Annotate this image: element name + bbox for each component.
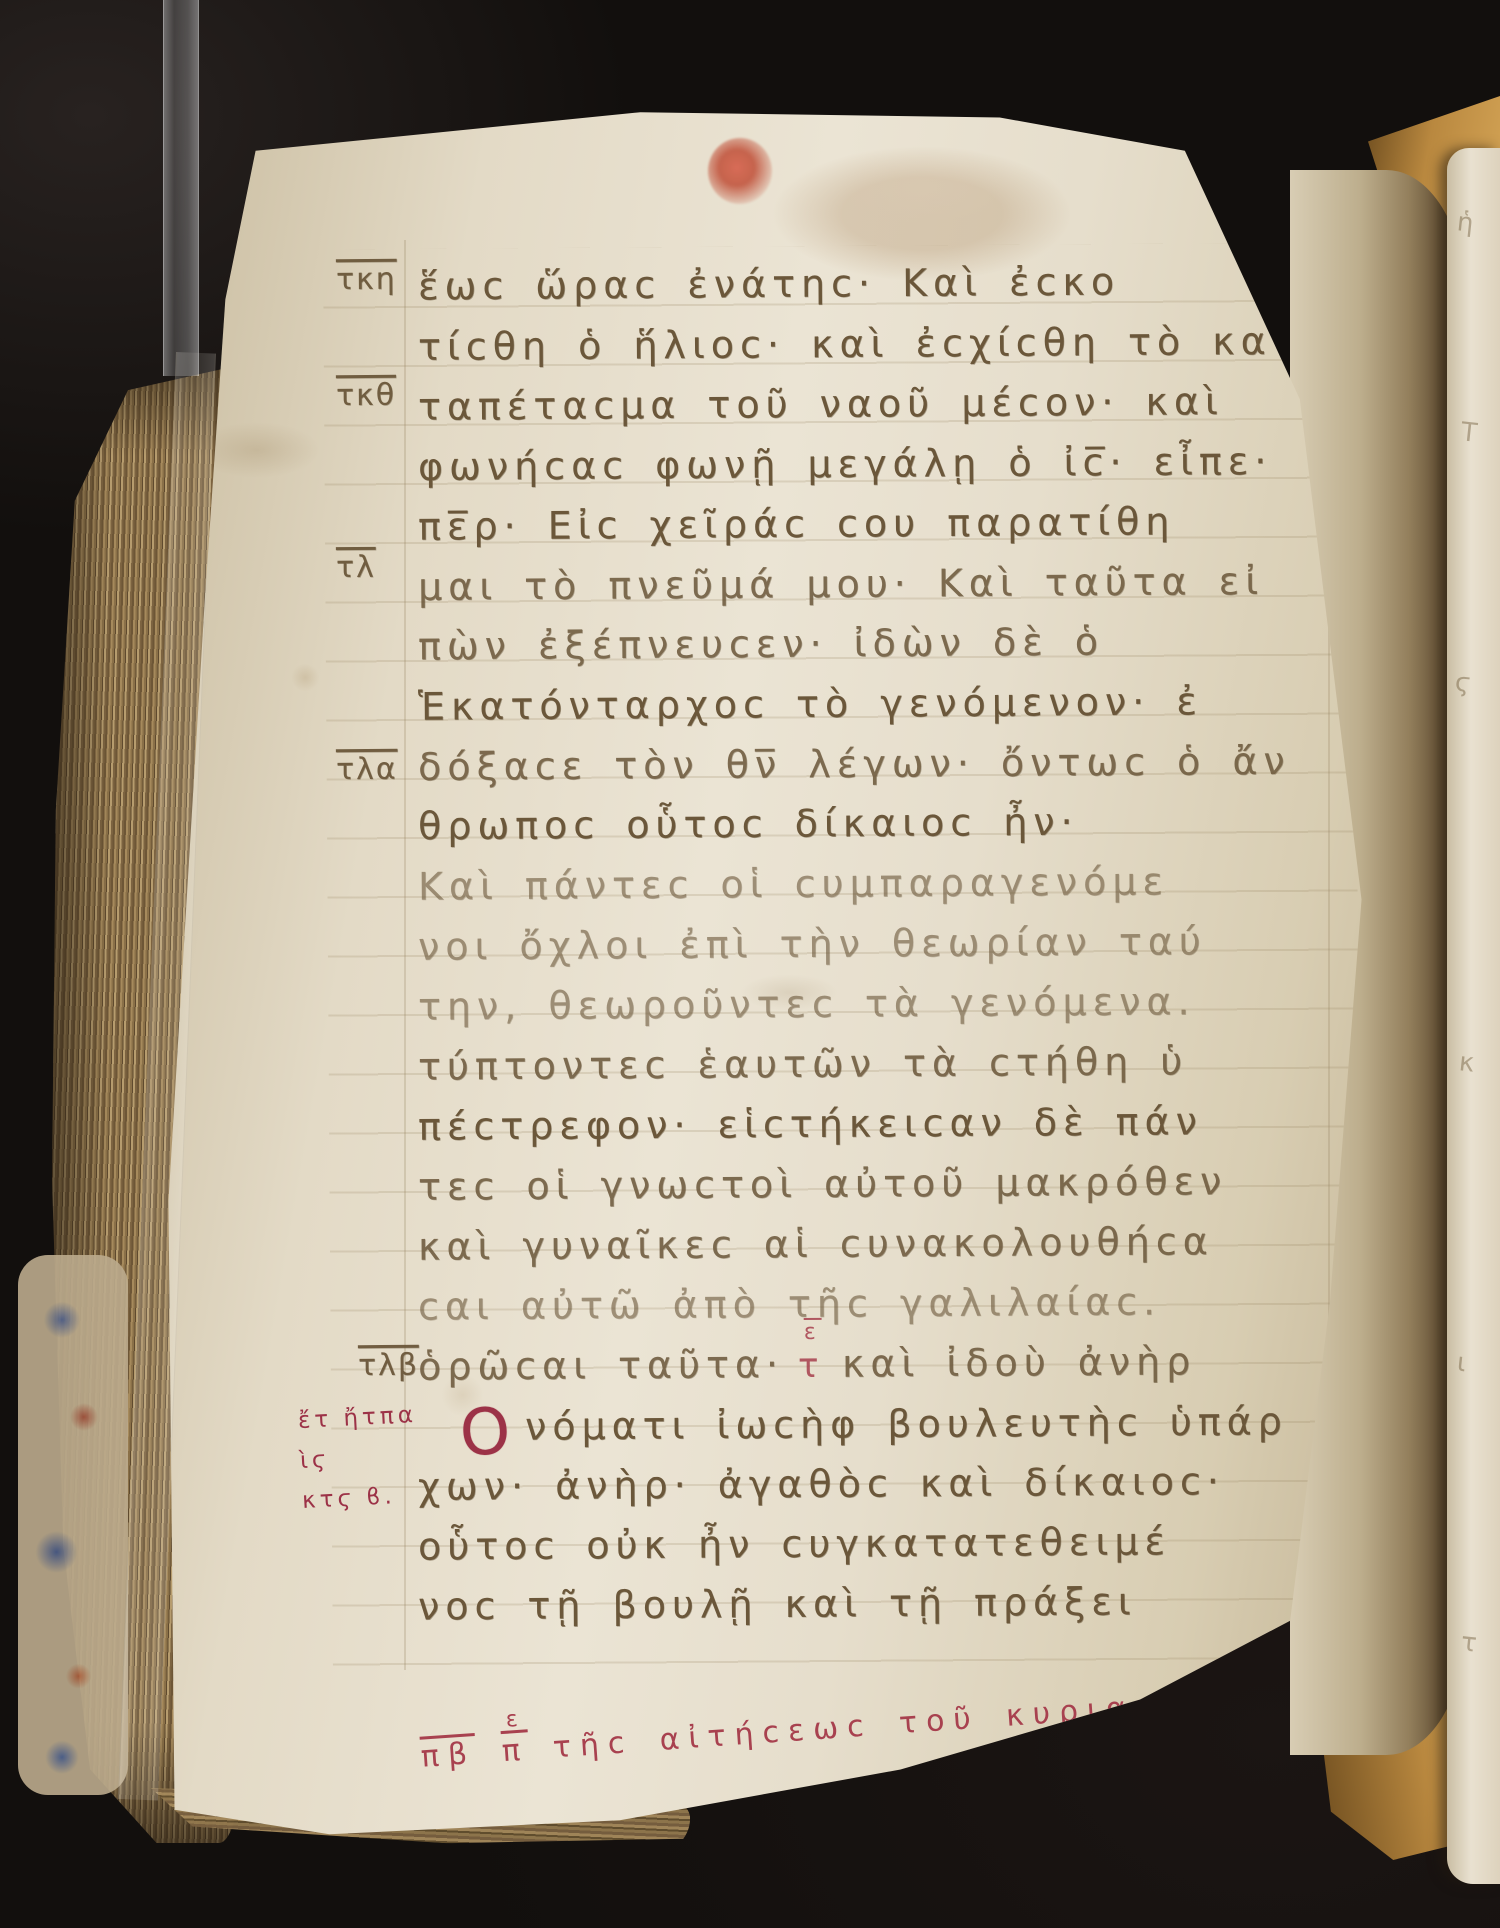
text-line: θρωποϲ οὗτοϲ δίκαιοϲ ἦν·: [418, 800, 1079, 849]
rubric-chapter-number: πβ: [420, 1736, 478, 1775]
text-line: τεϲ οἱ γνωϲτοὶ αὐτοῦ μακρόθεν: [418, 1159, 1228, 1209]
chapter-rubric-line2: ϲώματοϲ:: [847, 1777, 1056, 1826]
facing-page-ghost-mark: κ: [1457, 1047, 1475, 1078]
text-line: ταπέταϲμα τοῦ ναοῦ μέϲον· καὶ: [418, 379, 1224, 429]
text-line: πὼν ἐξέπνευϲεν· ἰδὼν δὲ ὁ: [418, 620, 1104, 669]
text-line: τύπτοντεϲ ἑαυτῶν τὰ ϲτήθη ὑ: [418, 1039, 1189, 1088]
facing-page-ghost-mark: τ: [1459, 1627, 1478, 1658]
lection-note: ἔτ ἤτπα ὶϛ κτϛ ϐ.: [297, 1395, 422, 1521]
parchment-page: τκη τκθ τλ τλα τλβ ἔτ ἤτπα ὶϛ κτϛ ϐ. Ο ἕ…: [160, 100, 1370, 1850]
section-number: τκη: [336, 262, 397, 297]
text-line: ϲαι αὐτῶ ἀπὸ τῆϲ γαλιλαίαϲ.: [418, 1279, 1161, 1328]
text-line: οὗτοϲ οὐκ ἦν ϲυγκατατεθειμέ: [418, 1519, 1171, 1568]
section-number: τλ: [336, 550, 376, 585]
text-line: Ἑκατόνταρχοϲ τὸ γενόμενον· ἐ: [418, 679, 1203, 728]
rubric-abbreviation-epsilon: ε: [505, 1706, 528, 1732]
lection-note-row: ἔτ ἤτπα: [297, 1395, 418, 1441]
rubric-title: τῆϲ αἰτήϲεωϲ τοῦ κυριακοῦ: [552, 1684, 1217, 1765]
text-line: νοϲ τῇ βουλῇ καὶ τῇ πράξει: [418, 1579, 1137, 1628]
text-line: πε̅ρ· Εἰϲ χεῖράϲ ϲου παρατίθη: [418, 499, 1176, 548]
red-wax-stain: [708, 138, 772, 204]
rubricated-initial-omicron: Ο: [457, 1394, 512, 1471]
text-line: πέϲτρεφον· εἱϲτήκειϲαν δὲ πάν: [418, 1099, 1203, 1148]
text-line-segment: καὶ ἰδοὺ ἀνὴρ: [842, 1339, 1197, 1385]
section-number: τλβ: [358, 1348, 419, 1383]
text-line: φωνήϲαϲ φωνῇ μεγάλῃ ὁ ἰϲ̅· εἶπε·: [418, 439, 1273, 489]
text-line-segment: ὁρῶϲαι ταῦτα·: [418, 1342, 784, 1389]
rubric-abbreviation-pi: π: [501, 1732, 530, 1769]
lection-note-row: κτϛ ϐ.: [301, 1475, 422, 1521]
telos-lection-mark: ετ: [798, 1342, 832, 1386]
text-line: χων· ἀνὴρ· ἀγαθὸϲ καὶ δίκαιοϲ·: [418, 1459, 1225, 1509]
marbled-endpaper: [18, 1255, 128, 1795]
text-line: νόματι ἰωϲὴφ βουλευτὴϲ ὑπάρ: [525, 1399, 1288, 1448]
text-line: καὶ γυναῖκεϲ αἱ ϲυνακολουθήϲα: [418, 1219, 1214, 1269]
text-line: δόξαϲε τὸν θν̅ λέγων· ὄντωϲ ὁ ἄν: [418, 739, 1291, 789]
facing-page-ghost-mark: ι: [1455, 1348, 1467, 1379]
text-line: ὁρῶϲαι ταῦτα·ετκαὶ ἰδοὺ ἀνὴρ: [418, 1339, 1197, 1388]
section-number: τκθ: [336, 378, 396, 413]
lection-note-row: ὶϛ: [299, 1435, 420, 1481]
telos-mark-tau: τ: [798, 1346, 825, 1386]
transparent-page-strap: [163, 0, 199, 376]
section-number: τλα: [336, 752, 398, 787]
text-line: την, θεωροῦντεϲ τὰ γενόμενα.: [418, 979, 1196, 1028]
facing-page-ghost-mark: Τ: [1459, 417, 1478, 448]
text-line: ἕωϲ ὥραϲ ἐνάτηϲ· Καὶ ἐϲκο: [418, 260, 1120, 309]
facing-page-sliver: ἡ Τ ϛ κ ι τ: [1447, 148, 1500, 1884]
text-line: τίϲθη ὁ ἥλιοϲ· καὶ ἐϲχίϲθη τὸ κα: [418, 319, 1272, 369]
rubric-peri-abbreviation: επ: [501, 1732, 530, 1769]
facing-page-ghost-mark: ἡ: [1455, 207, 1475, 239]
manuscript-photo: ἡ Τ ϛ κ ι τ τκη τκθ τλ τλα τλβ ἔτ ἤτπα ὶ…: [0, 0, 1500, 1928]
facing-page-ghost-mark: ϛ: [1453, 667, 1471, 698]
text-line: Καὶ πάντεϲ οἱ ϲυμπαραγενόμε: [418, 859, 1169, 908]
text-line: μαι τὸ πνεῦμά μου· Καὶ ταῦτα εἰ: [418, 559, 1264, 609]
text-line: νοι ὄχλοι ἐπὶ τὴν θεωρίαν ταύ: [418, 919, 1207, 969]
chapter-rubric: πβεπτῆϲ αἰτήϲεωϲ τοῦ κυριακοῦ: [420, 1684, 1216, 1774]
telos-mark-epsilon: ε: [804, 1320, 822, 1345]
